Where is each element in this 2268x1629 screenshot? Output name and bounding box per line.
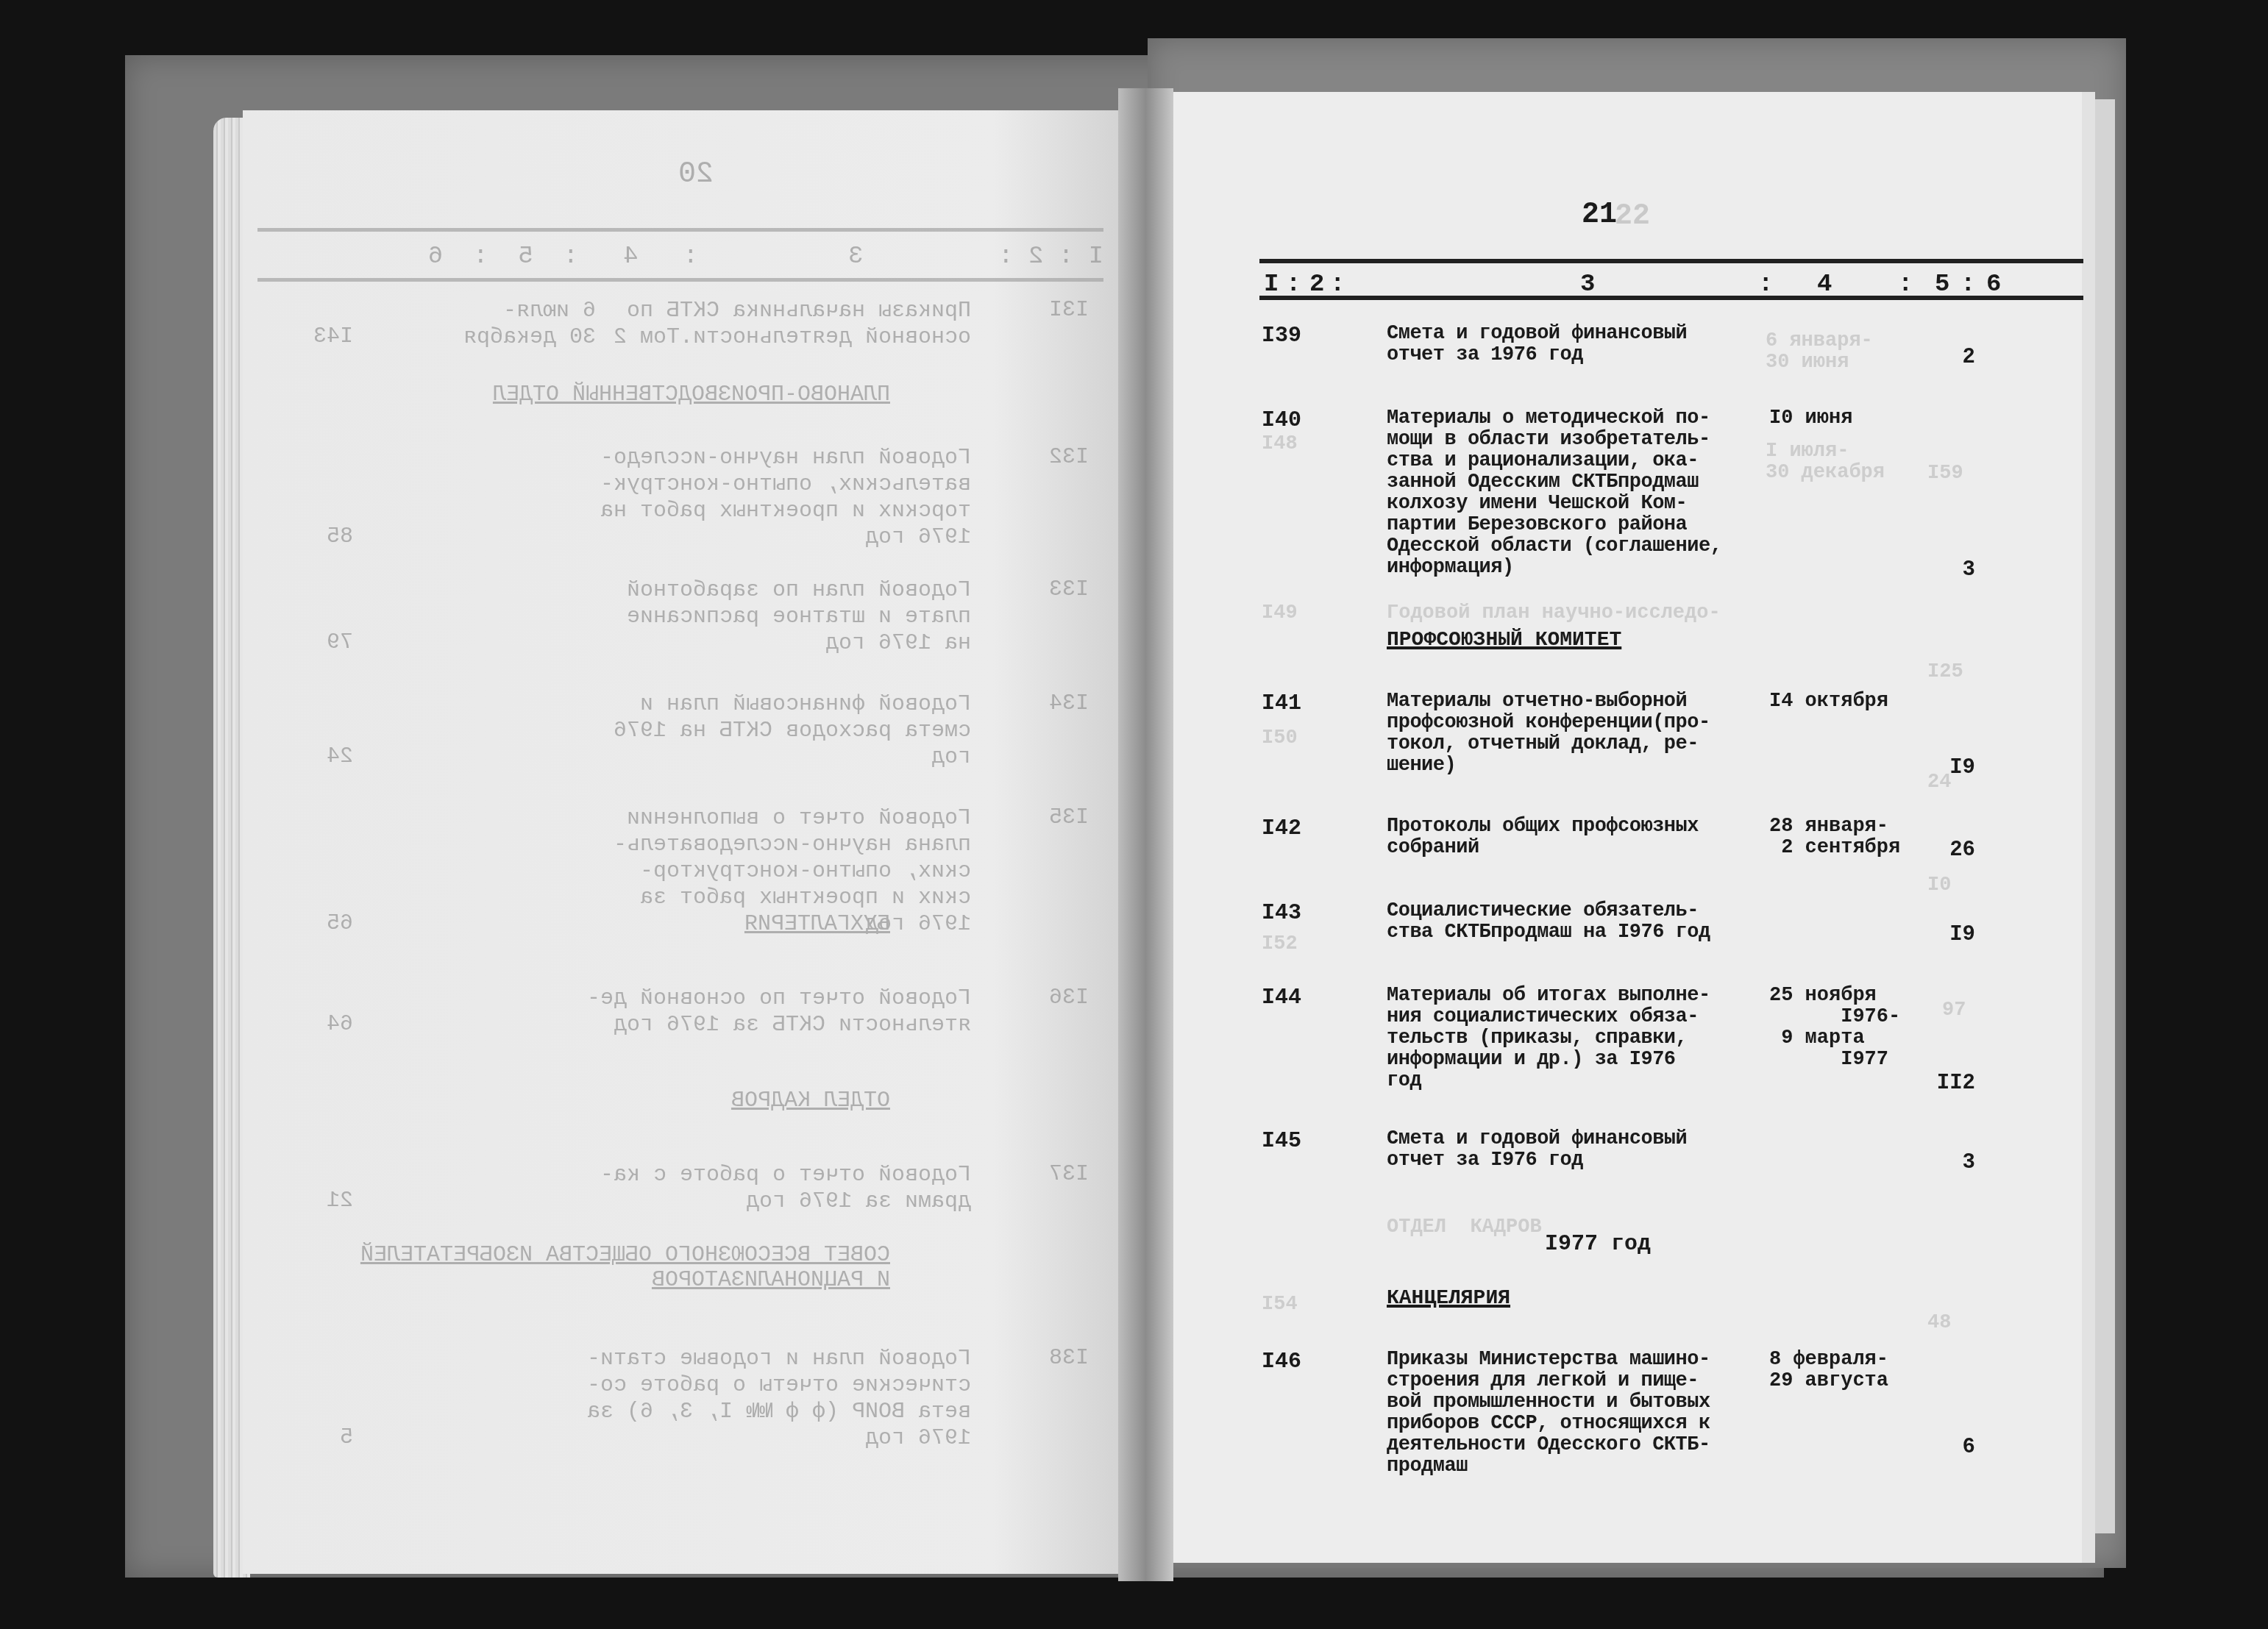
left-page-mirrored-content: 20 I : 2 : 3 : 4 : 5 : 6 I3IПриказы нача… <box>243 110 1126 1574</box>
description-line: Приказы Министерства машино- <box>1387 1350 1769 1371</box>
item-date: 8 февраля- 29 августа <box>1769 1350 1888 1392</box>
column-header-6: 6 <box>1986 271 2001 299</box>
header-rule <box>257 228 1103 232</box>
page-number: 20 <box>678 158 714 191</box>
description-line: Материалы об итогах выполне- <box>1387 985 1769 1007</box>
section-chancellery: КАНЦЕЛЯРИЯ <box>1387 1287 1510 1310</box>
item-description: Приказы начальника СКТБ по основной деят… <box>614 298 971 351</box>
item-number: I35 <box>1049 805 1089 830</box>
description-line: год <box>1387 1071 1769 1092</box>
description-line: Одесской области (соглашение, <box>1387 536 1769 557</box>
column-separator: : <box>1758 271 1773 299</box>
item-date: 6 июля- 30 декабря <box>463 298 596 351</box>
item-page-count: 3 <box>1924 1150 1975 1174</box>
item-date: I0 июня <box>1769 408 1852 429</box>
item-number: I44 <box>1262 985 1301 1010</box>
column-separator: : <box>1898 271 1913 299</box>
description-line: приборов СССР, относящихся к <box>1387 1414 1769 1435</box>
page-stack-edge-right <box>2093 99 2115 1533</box>
description-line: информации и др.) за I976 <box>1387 1049 1769 1071</box>
item-description: Материалы отчетно-выборнойпрофсоюзной ко… <box>1387 691 1769 777</box>
column-header-5: 5 <box>1935 271 1949 299</box>
item-description: Смета и годовой финансовыйотчет за I976 … <box>1387 1129 1769 1172</box>
bleed-through-text: I0 <box>1927 875 1951 897</box>
column-separator: : <box>1330 271 1345 299</box>
description-line: ства СКТБпродмаш на I976 год <box>1387 922 1769 944</box>
column-separator: : <box>1960 271 1975 299</box>
bleed-through-text: I54 <box>1262 1294 1298 1316</box>
page-number: 21 <box>1582 199 1617 232</box>
item-number: I40 <box>1262 408 1301 433</box>
description-line: колхозу имени Чешской Ком- <box>1387 493 1769 515</box>
description-line: Материалы отчетно-выборной <box>1387 691 1769 713</box>
item-number: I3I <box>1049 298 1089 323</box>
item-description: Годовой план научно-исследо- вательских,… <box>600 445 971 551</box>
item-number: I38 <box>1049 1346 1089 1371</box>
description-line: отчет за 1976 год <box>1387 345 1769 366</box>
header-rule <box>257 278 1103 282</box>
description-line: строения для легкой и пище- <box>1387 1371 1769 1392</box>
item-page-count: 24 <box>327 744 353 769</box>
description-line: деятельности Одесского СКТБ- <box>1387 1435 1769 1456</box>
item-description: Годовой отчет по основной де- ятельности… <box>587 985 971 1038</box>
item-page-count: 3 <box>1924 557 1975 582</box>
item-page-count: 26 <box>1924 838 1975 862</box>
item-number: I41 <box>1262 691 1301 716</box>
item-description: Материалы о методической по-мощи в облас… <box>1387 408 1769 579</box>
page-edge <box>2082 92 2095 1563</box>
item-number: I32 <box>1049 445 1089 470</box>
description-line: Смета и годовой финансовый <box>1387 1129 1769 1150</box>
item-page-count: 21 <box>327 1188 353 1213</box>
description-line: ния социалистических обяза- <box>1387 1007 1769 1028</box>
section-heading: ОТДЕЛ КАДРОВ <box>731 1088 890 1113</box>
column-header-4: 4 <box>1817 271 1832 299</box>
header-rule-bottom <box>1259 296 2083 300</box>
bleed-through-text: I49 <box>1262 603 1298 624</box>
item-number: I37 <box>1049 1162 1089 1187</box>
item-description: Годовой отчет о работе с ка- драми за 19… <box>600 1162 971 1215</box>
description-line: занной Одесским СКТБпродмаш <box>1387 472 1769 493</box>
column-header-2: 2 <box>1309 271 1324 299</box>
header-rule-top <box>1259 259 2083 263</box>
bleed-through-text: 48 <box>1927 1313 1951 1334</box>
item-date: 28 января- 2 сентября <box>1769 816 1900 859</box>
description-line: партии Березовского района <box>1387 515 1769 536</box>
bleed-through-text: Годовой план научно-исследо- <box>1387 603 1721 624</box>
item-number: I36 <box>1049 985 1089 1010</box>
item-page-count: 2 <box>1924 345 1975 369</box>
description-line: Протоколы общих профсоюзных <box>1387 816 1769 838</box>
item-description: Протоколы общих профсоюзныхсобраний <box>1387 816 1769 859</box>
column-separator: : <box>1286 271 1301 299</box>
description-line: Смета и годовой финансовый <box>1387 324 1769 345</box>
bleed-through-text: I48 <box>1262 434 1298 455</box>
item-number: I43 <box>1262 901 1301 926</box>
description-line: профсоюзной конференции(про- <box>1387 713 1769 734</box>
description-line: отчет за I976 год <box>1387 1150 1769 1172</box>
item-date: 25 ноября I976- 9 марта I977 <box>1769 985 1900 1071</box>
item-number: I45 <box>1262 1129 1301 1154</box>
item-description: Приказы Министерства машино-строения для… <box>1387 1350 1769 1477</box>
item-description: Материалы об итогах выполне-ния социалис… <box>1387 985 1769 1092</box>
section-heading: БУХГАЛТЕРИЯ <box>744 912 890 937</box>
description-line: ства и рационализации, ока- <box>1387 451 1769 472</box>
bleed-through-text: I25 <box>1927 662 1963 683</box>
bleed-through-text: I52 <box>1262 934 1298 955</box>
year-heading: I977 год <box>1545 1232 1651 1257</box>
section-trade-union-committee: ПРОФСОЮЗНЫЙ КОМИТЕТ <box>1387 629 1621 652</box>
item-description: Годовой план и годовые стати- стические … <box>587 1346 971 1452</box>
bleed-through-text: ОТДЕЛ КАДРОВ <box>1387 1217 1542 1238</box>
description-line: Материалы о методической по- <box>1387 408 1769 429</box>
description-line: вой промышленности и бытовых <box>1387 1392 1769 1414</box>
bleed-through-text: I июля- 30 декабря <box>1766 441 1885 484</box>
bleed-through-text: I50 <box>1262 728 1298 749</box>
item-number: I39 <box>1262 324 1301 349</box>
item-page-count: 6 <box>1924 1435 1975 1459</box>
item-page-count: I9 <box>1924 755 1975 780</box>
description-line: собраний <box>1387 838 1769 859</box>
item-page-count: I9 <box>1924 922 1975 947</box>
description-line: продмаш <box>1387 1456 1769 1477</box>
item-description: Смета и годовой финансовыйотчет за 1976 … <box>1387 324 1769 366</box>
column-header: I : 2 : 3 : 4 : 5 : 6 <box>257 243 1103 271</box>
item-page-count: 64 <box>327 1012 353 1037</box>
description-line: токол, отчетный доклад, ре- <box>1387 734 1769 755</box>
column-header-1: I <box>1264 271 1279 299</box>
item-page-count: I43 <box>313 324 353 349</box>
description-line: тельств (приказы, справки, <box>1387 1028 1769 1049</box>
description-line: Социалистические обязатель- <box>1387 901 1769 922</box>
item-number: I42 <box>1262 816 1301 841</box>
item-page-count: 85 <box>327 524 353 549</box>
item-page-count: 5 <box>340 1425 353 1450</box>
item-number: I46 <box>1262 1350 1301 1375</box>
description-line: информация) <box>1387 557 1769 579</box>
item-page-count: 79 <box>327 630 353 655</box>
item-page-count: 65 <box>327 911 353 936</box>
description-line: мощи в области изобретатель- <box>1387 429 1769 451</box>
item-date: I4 октября <box>1769 691 1888 713</box>
book-spine <box>1118 88 1173 1581</box>
section-heading: ПЛАНОВО-ПРОИЗВОДСТВЕННЫЙ ОТДЕЛ <box>493 382 890 407</box>
bleed-through-text: 6 января- 30 июня <box>1766 331 1873 374</box>
bleed-through-text: I59 <box>1927 463 1963 485</box>
bleed-through-page-number: 22 <box>1615 200 1650 233</box>
item-description: Социалистические обязатель-ства СКТБпрод… <box>1387 901 1769 944</box>
item-page-count: II2 <box>1924 1071 1975 1095</box>
column-header-3: 3 <box>1580 271 1595 299</box>
item-description: Годовой план по заработной плате и штатн… <box>627 577 971 657</box>
section-heading: СОВЕТ ВСЕСОЮЗНОГО ОБЩЕСТВА ИЗОБРЕТАТЕЛЕЙ… <box>360 1243 890 1293</box>
item-number: I34 <box>1049 691 1089 716</box>
description-line: шение) <box>1387 755 1769 777</box>
bleed-through-text: 97 <box>1942 1000 1966 1022</box>
item-number: I33 <box>1049 577 1089 602</box>
item-description: Годовой финансовый план и смета расходов… <box>614 691 971 771</box>
